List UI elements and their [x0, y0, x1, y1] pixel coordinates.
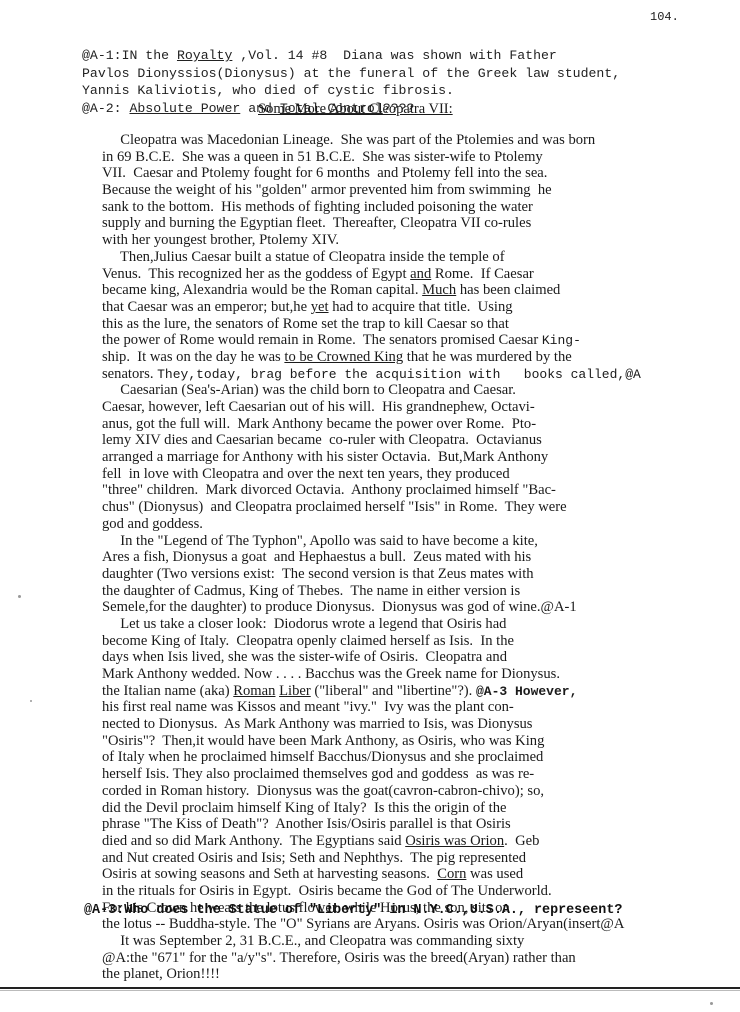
body-line: @A:the "671" for the "a/y"s". Therefore,…: [102, 950, 740, 967]
text-run: the power of Rome would remain in Rome. …: [102, 332, 542, 348]
text-run: @A-2:: [82, 101, 129, 116]
body-line: ship. It was on the day he was to be Cro…: [102, 349, 740, 366]
body-line: lemy XIV dies and Caesarian became co-ru…: [102, 432, 740, 449]
body-line: corded in Roman history. Dionysus was th…: [102, 783, 740, 800]
body-line: It was September 2, 31 B.C.E., and Cleop…: [102, 933, 740, 950]
text-run: chus" (Dionysus) and Cleopatra proclaime…: [102, 499, 567, 515]
text-run: Because the weight of his "golden" armor…: [102, 182, 552, 198]
body-line: the lotus -- Buddha-style. The "O" Syria…: [102, 916, 740, 933]
text-run: days when Isis lived, she was the sister…: [102, 649, 507, 665]
text-run: Mark Anthony wedded. Now . . . . Bacchus…: [102, 666, 560, 682]
text-run: Osiris at sowing seasons and Seth at har…: [102, 866, 437, 882]
text-run: "three" children. Mark divorced Octavia.…: [102, 482, 556, 498]
underlined-text: Roman: [233, 683, 275, 699]
underlined-text: yet: [311, 299, 329, 315]
underlined-text: to be Crowned King: [284, 349, 403, 365]
body-line: senators. They,today, brag before the ac…: [102, 366, 740, 383]
text-run: They,today, brag before the acquisition …: [157, 367, 641, 382]
body-line: Because the weight of his "golden" armor…: [102, 182, 740, 199]
text-run: In the "Legend of The Typhon", Apollo wa…: [102, 533, 538, 549]
text-run: the lotus -- Buddha-style. The "O" Syria…: [102, 916, 624, 932]
text-run: in the rituals for Osiris in Egypt. Osir…: [102, 883, 552, 899]
text-run: ,Vol. 14 #8 Diana was shown with Father: [232, 48, 556, 63]
text-run: did the Devil proclaim himself King of I…: [102, 800, 507, 816]
body-line: days when Isis lived, she was the sister…: [102, 649, 740, 666]
underlined-text: Liber: [279, 683, 311, 699]
text-run: that he was murdered by the: [403, 349, 572, 365]
text-run: ship. It was on the day he was: [102, 349, 284, 365]
text-run: . Geb: [504, 833, 539, 849]
text-run: fell in love with Cleopatra and over the…: [102, 466, 510, 482]
body-line: Let us take a closer look: Diodorus wrot…: [102, 616, 740, 633]
body-line: Semele,for the daughter) to produce Dion…: [102, 599, 740, 616]
text-run: Caesar, however, left Caesarian out of h…: [102, 399, 535, 415]
text-run: was used: [466, 866, 523, 882]
text-run: Let us take a closer look: Diodorus wrot…: [102, 616, 506, 632]
scan-speck: [710, 1002, 713, 1005]
body-line: the Italian name (aka) Roman Liber ("lib…: [102, 683, 740, 700]
text-run: Rome. If Caesar: [431, 266, 534, 282]
text-run: herself Isis. They also proclaimed thems…: [102, 766, 534, 782]
page-number: 104.: [650, 9, 679, 27]
closing-question: @A-3:Who does the Statue of "Liberty" in…: [84, 903, 622, 918]
text-run: had to acquire that title. Using: [329, 299, 513, 315]
section-title: Some More About Cleopatra VII:: [258, 101, 453, 118]
text-run: the daughter of Cadmus, King of Thebes. …: [102, 583, 520, 599]
text-run: senators.: [102, 366, 157, 382]
body-line: herself Isis. They also proclaimed thems…: [102, 766, 740, 783]
body-line: "three" children. Mark divorced Octavia.…: [102, 482, 740, 499]
text-run: Yannis Kaliviotis, who died of cystic fi…: [82, 83, 454, 98]
body-line: the power of Rome would remain in Rome. …: [102, 332, 740, 349]
body-line: Cleopatra was Macedonian Lineage. She wa…: [102, 132, 740, 149]
text-run: that Caesar was an emperor; but,he: [102, 299, 311, 315]
text-run: god and goddess.: [102, 516, 203, 532]
text-run: in 69 B.C.E. She was a queen in 51 B.C.E…: [102, 149, 543, 165]
text-run: daughter (Two versions exist: The second…: [102, 566, 534, 582]
body-line: in 69 B.C.E. She was a queen in 51 B.C.E…: [102, 149, 740, 166]
body-line: in the rituals for Osiris in Egypt. Osir…: [102, 883, 740, 900]
text-run: @A:the "671" for the "a/y"s". Therefore,…: [102, 950, 576, 966]
body-line: Osiris at sowing seasons and Seth at har…: [102, 866, 740, 883]
scan-speck: [18, 595, 21, 598]
body-line: anus, got the full will. Mark Anthony be…: [102, 416, 740, 433]
body-line: the daughter of Cadmus, King of Thebes. …: [102, 583, 740, 600]
body-line: with her youngest brother, Ptolemy XIV.: [102, 232, 740, 249]
text-run: VII. Caesar and Ptolemy fought for 6 mon…: [102, 165, 547, 181]
body-line: daughter (Two versions exist: The second…: [102, 566, 740, 583]
underlined-text: Corn: [437, 866, 466, 882]
text-run: Ares a fish, Dionysus a goat and Hephaes…: [102, 549, 531, 565]
text-run: supply and burning the Egyptian fleet. T…: [102, 215, 531, 231]
underlined-text: Absolute Power: [129, 101, 240, 116]
body-line: "Osiris"? Then,it would have been Mark A…: [102, 733, 740, 750]
body-line: supply and burning the Egyptian fleet. T…: [102, 215, 740, 232]
body-line: VII. Caesar and Ptolemy fought for 6 mon…: [102, 165, 740, 182]
text-run: became king, Alexandria would be the Rom…: [102, 282, 422, 298]
underlined-text: Royalty: [177, 48, 232, 63]
text-run: of Italy when he proclaimed himself Bacc…: [102, 749, 543, 765]
text-run: the Italian name (aka): [102, 683, 233, 699]
scan-speck: [30, 700, 32, 702]
text-run: "Osiris"? Then,it would have been Mark A…: [102, 733, 544, 749]
text-run: this as the lure, the senators of Rome s…: [102, 316, 509, 332]
text-run: King-: [542, 333, 581, 348]
text-run: It was September 2, 31 B.C.E., and Cleop…: [102, 933, 524, 949]
text-run: with her youngest brother, Ptolemy XIV.: [102, 232, 339, 248]
text-run: Semele,for the daughter) to produce Dion…: [102, 599, 577, 615]
body-line: that Caesar was an emperor; but,he yet h…: [102, 299, 740, 316]
underlined-text: Much: [422, 282, 456, 298]
header-note-line: Yannis Kaliviotis, who died of cystic fi…: [82, 82, 620, 100]
header-note-line: Pavlos Dionyssios(Dionysus) at the funer…: [82, 65, 620, 83]
text-run: @A-3 However,: [476, 684, 577, 699]
text-run: phrase "The Kiss of Death"? Another Isis…: [102, 816, 511, 832]
text-run: sank to the bottom. His methods of fight…: [102, 199, 533, 215]
text-run: Then,Julius Caesar built a statue of Cle…: [102, 249, 505, 265]
text-run: corded in Roman history. Dionysus was th…: [102, 783, 544, 799]
body-line: Caesar, however, left Caesarian out of h…: [102, 399, 740, 416]
text-run: Cleopatra was Macedonian Lineage. She wa…: [102, 132, 595, 148]
text-run: Caesarian (Sea's-Arian) was the child bo…: [102, 382, 516, 398]
text-run: @A-1:IN the: [82, 48, 177, 63]
text-run: become King of Italy. Cleopatra openly c…: [102, 633, 514, 649]
body-line: Mark Anthony wedded. Now . . . . Bacchus…: [102, 666, 740, 683]
footer-rule-shadow: [0, 990, 740, 991]
body-line: sank to the bottom. His methods of fight…: [102, 199, 740, 216]
body-line: Ares a fish, Dionysus a goat and Hephaes…: [102, 549, 740, 566]
body-text: Cleopatra was Macedonian Lineage. She wa…: [102, 132, 740, 983]
underlined-text: and: [410, 266, 431, 282]
header-note-line: @A-1:IN the Royalty ,Vol. 14 #8 Diana wa…: [82, 47, 620, 65]
body-line: of Italy when he proclaimed himself Bacc…: [102, 749, 740, 766]
body-line: his first real name was Kissos and meant…: [102, 699, 740, 716]
text-run: died and so did Mark Anthony. The Egypti…: [102, 833, 405, 849]
body-line: this as the lure, the senators of Rome s…: [102, 316, 740, 333]
body-line: Venus. This recognized her as the goddes…: [102, 266, 740, 283]
text-run: Venus. This recognized her as the goddes…: [102, 266, 410, 282]
text-run: anus, got the full will. Mark Anthony be…: [102, 416, 536, 432]
body-line: Then,Julius Caesar built a statue of Cle…: [102, 249, 740, 266]
body-line: became king, Alexandria would be the Rom…: [102, 282, 740, 299]
body-line: chus" (Dionysus) and Cleopatra proclaime…: [102, 499, 740, 516]
body-line: god and goddess.: [102, 516, 740, 533]
body-line: arranged a marriage for Anthony with his…: [102, 449, 740, 466]
body-line: Caesarian (Sea's-Arian) was the child bo…: [102, 382, 740, 399]
text-run: the planet, Orion!!!!: [102, 966, 220, 982]
document-page: @A-1:IN the Royalty ,Vol. 14 #8 Diana wa…: [0, 0, 740, 1012]
body-line: died and so did Mark Anthony. The Egypti…: [102, 833, 740, 850]
text-run: nected to Dionysus. As Mark Anthony was …: [102, 716, 532, 732]
body-line: the planet, Orion!!!!: [102, 966, 740, 983]
body-line: did the Devil proclaim himself King of I…: [102, 800, 740, 817]
body-line: phrase "The Kiss of Death"? Another Isis…: [102, 816, 740, 833]
text-run: lemy XIV dies and Caesarian became co-ru…: [102, 432, 542, 448]
text-run: Pavlos Dionyssios(Dionysus) at the funer…: [82, 66, 620, 81]
text-run: his first real name was Kissos and meant…: [102, 699, 514, 715]
body-line: become King of Italy. Cleopatra openly c…: [102, 633, 740, 650]
body-line: fell in love with Cleopatra and over the…: [102, 466, 740, 483]
text-run: ("liberal" and "libertine"?).: [311, 683, 476, 699]
underlined-text: Osiris was Orion: [405, 833, 504, 849]
body-line: In the "Legend of The Typhon", Apollo wa…: [102, 533, 740, 550]
body-line: nected to Dionysus. As Mark Anthony was …: [102, 716, 740, 733]
text-run: arranged a marriage for Anthony with his…: [102, 449, 548, 465]
body-line: and Nut created Osiris and Isis; Seth an…: [102, 850, 740, 867]
footer-rule: [0, 987, 740, 989]
text-run: has been claimed: [456, 282, 560, 298]
text-run: and Nut created Osiris and Isis; Seth an…: [102, 850, 526, 866]
